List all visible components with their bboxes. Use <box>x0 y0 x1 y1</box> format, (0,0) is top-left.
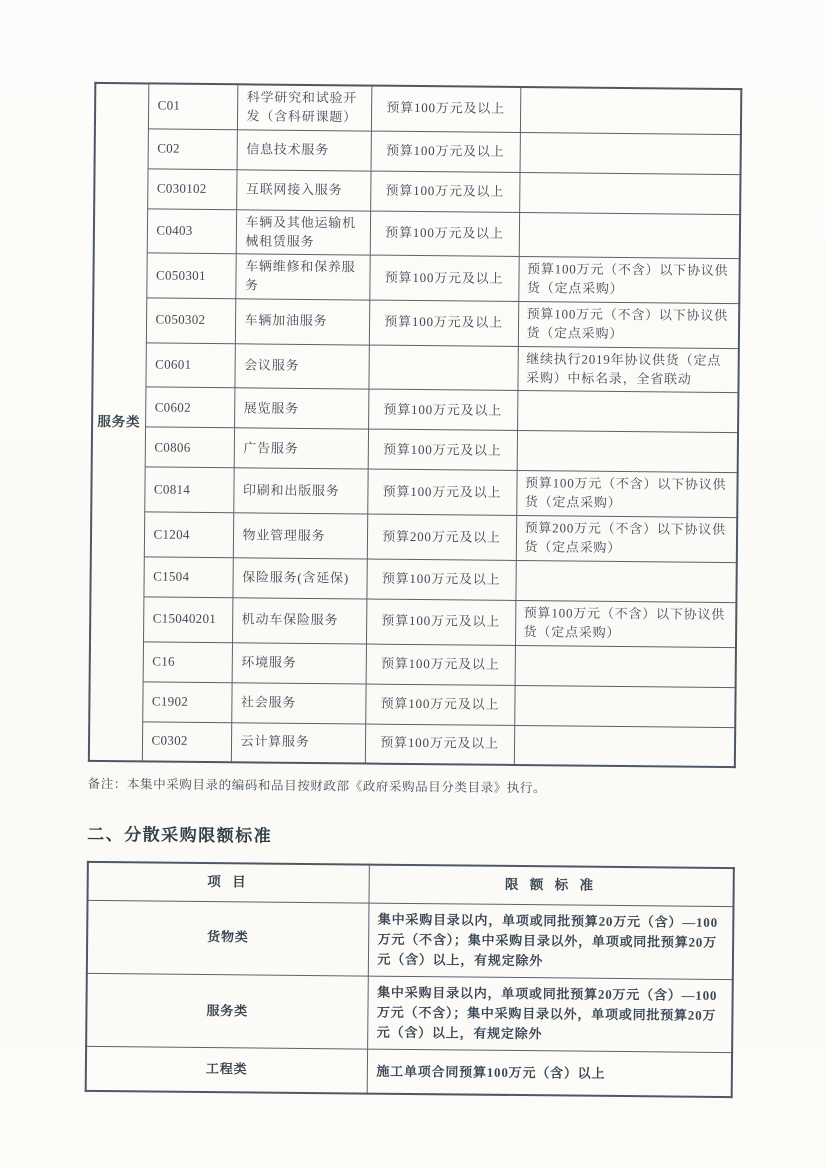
catalog-name-cell: 展览服务 <box>234 388 368 429</box>
limits-row-工程类: 工程类施工单项合同预算100万元（含）以上 <box>86 1047 732 1097</box>
catalog-name-cell: 机动车保险服务 <box>232 598 366 644</box>
catalog-threshold-cell <box>368 345 517 391</box>
catalog-threshold-cell: 预算100万元及以上 <box>371 86 520 133</box>
catalog-threshold-cell: 预算100万元及以上 <box>366 599 515 645</box>
limits-header-standard: 限 额 标 准 <box>369 865 734 907</box>
catalog-threshold-cell: 预算100万元及以上 <box>367 469 516 515</box>
catalog-name-cell: 科学研究和试验开发（含科研课题） <box>237 84 371 130</box>
catalog-name-cell: 车辆及其他运输机械租赁服务 <box>236 209 370 255</box>
catalog-code-cell: C02 <box>148 129 237 170</box>
catalog-threshold-cell: 预算100万元及以上 <box>366 644 515 685</box>
catalog-note-cell <box>514 725 735 767</box>
catalog-code-cell: C1902 <box>142 681 231 722</box>
catalog-note-cell: 继续执行2019年协议供货（定点采购）中标名录，全省联动 <box>517 346 738 393</box>
catalog-threshold-cell: 预算100万元及以上 <box>370 211 519 257</box>
catalog-row-C0814: C0814印刷和出版服务预算100万元及以上预算100万元（不含）以下协议供货（… <box>91 467 737 518</box>
decentralized-limits-table: 项 目 限 额 标 准 货物类集中采购目录以内，单项或同批预算20万元（含）—1… <box>85 861 735 1098</box>
catalog-note-cell <box>519 172 740 214</box>
catalog-remark: 备注：本集中采购目录的编码和品目按财政部《政府采购品目分类目录》执行。 <box>88 774 736 798</box>
limits-item-cell: 货物类 <box>87 900 369 976</box>
catalog-threshold-cell: 预算100万元及以上 <box>369 255 518 301</box>
catalog-note-cell <box>520 87 741 134</box>
catalog-code-cell: C0814 <box>144 467 233 513</box>
catalog-threshold-cell: 预算100万元及以上 <box>366 559 515 600</box>
catalog-row-C030102: C030102互联网接入服务预算100万元及以上 <box>94 168 740 214</box>
limits-row-货物类: 货物类集中采购目录以内，单项或同批预算20万元（含）—100万元（不含）；集中采… <box>87 900 734 980</box>
catalog-name-cell: 保险服务(含延保) <box>232 558 366 599</box>
catalog-row-C1204: C1204物业管理服务预算200万元及以上预算200万元（不含）以下协议供货（定… <box>91 512 737 563</box>
catalog-threshold-cell: 预算100万元及以上 <box>371 131 520 172</box>
catalog-table-body: 服务类C01科学研究和试验开发（含科研课题）预算100万元及以上C02信息技术服… <box>89 83 741 767</box>
scanned-page: 服务类C01科学研究和试验开发（含科研课题）预算100万元及以上C02信息技术服… <box>0 0 825 1168</box>
catalog-row-C15040201: C15040201机动车保险服务预算100万元及以上预算100万元（不含）以下协… <box>90 596 736 647</box>
category-cell-services: 服务类 <box>89 83 149 761</box>
catalog-note-cell: 预算200万元（不含）以下协议供货（定点采购） <box>516 516 737 563</box>
catalog-code-cell: C0403 <box>147 209 236 255</box>
catalog-row-C050302: C050302车辆加油服务预算100万元及以上预算100万元（不含）以下协议供货… <box>93 297 739 348</box>
limits-table-body: 货物类集中采购目录以内，单项或同批预算20万元（含）—100万元（不含）；集中采… <box>86 900 734 1097</box>
catalog-name-cell: 社会服务 <box>231 682 365 723</box>
catalog-note-cell: 预算100万元（不含）以下协议供货（定点采购） <box>518 257 739 304</box>
catalog-row-C02: C02信息技术服务预算100万元及以上 <box>95 128 741 174</box>
catalog-note-cell <box>520 132 741 174</box>
catalog-threshold-cell: 预算100万元及以上 <box>365 684 514 725</box>
catalog-threshold-cell: 预算100万元及以上 <box>368 389 517 430</box>
catalog-code-cell: C0601 <box>145 343 234 389</box>
catalog-name-cell: 印刷和出版服务 <box>233 468 367 514</box>
limits-row-服务类: 服务类集中采购目录以内，单项或同批预算20万元（含）—100万元（不含）；集中采… <box>86 973 733 1053</box>
limits-standard-cell: 集中采购目录以内，单项或同批预算20万元（含）—100万元（不含）；集中采购目录… <box>368 903 734 980</box>
catalog-code-cell: C1204 <box>144 512 233 558</box>
section-heading: 二、分散采购限额标准 <box>87 820 735 851</box>
catalog-name-cell: 互联网接入服务 <box>236 169 370 210</box>
limits-header-row: 项 目 限 额 标 准 <box>88 862 734 906</box>
catalog-threshold-cell: 预算200万元及以上 <box>367 514 516 560</box>
catalog-note-cell <box>515 645 736 687</box>
limits-item-cell: 工程类 <box>86 1047 367 1094</box>
page-content: 服务类C01科学研究和试验开发（含科研课题）预算100万元及以上C02信息技术服… <box>85 82 743 1098</box>
catalog-row-C0601: C0601会议服务继续执行2019年协议供货（定点采购）中标名录，全省联动 <box>92 342 738 393</box>
catalog-code-cell: C050302 <box>146 298 235 344</box>
catalog-note-cell <box>514 685 735 727</box>
catalog-name-cell: 物业管理服务 <box>233 513 367 559</box>
catalog-code-cell: C15040201 <box>143 597 232 643</box>
catalog-row-C1902: C1902社会服务预算100万元及以上 <box>89 681 735 727</box>
catalog-note-cell: 预算100万元（不含）以下协议供货（定点采购） <box>516 471 737 518</box>
catalog-code-cell: C0302 <box>142 721 231 762</box>
catalog-note-cell <box>517 391 738 433</box>
limits-table-head: 项 目 限 额 标 准 <box>88 862 734 906</box>
catalog-code-cell: C16 <box>143 641 232 682</box>
catalog-row-C0403: C0403车辆及其他运输机械租赁服务预算100万元及以上 <box>94 208 740 259</box>
catalog-name-cell: 广告服务 <box>234 428 368 469</box>
catalog-row-C01: 服务类C01科学研究和试验开发（含科研课题）预算100万元及以上 <box>95 83 741 134</box>
catalog-name-cell: 车辆加油服务 <box>235 299 369 345</box>
catalog-note-cell <box>517 431 738 473</box>
catalog-note-cell: 预算100万元（不含）以下协议供货（定点采购） <box>515 600 736 647</box>
centralized-procurement-catalog-table: 服务类C01科学研究和试验开发（含科研课题）预算100万元及以上C02信息技术服… <box>88 82 742 768</box>
catalog-threshold-cell: 预算100万元及以上 <box>369 300 518 346</box>
catalog-code-cell: C0806 <box>145 427 234 468</box>
catalog-name-cell: 车辆维修和保养服务 <box>235 254 369 300</box>
catalog-name-cell: 信息技术服务 <box>237 129 371 170</box>
catalog-note-cell <box>515 560 736 602</box>
catalog-code-cell: C030102 <box>147 169 236 210</box>
limits-standard-cell: 集中采购目录以内，单项或同批预算20万元（含）—100万元（不含）；集中采购目录… <box>367 976 733 1053</box>
catalog-note-cell <box>519 212 740 259</box>
catalog-name-cell: 云计算服务 <box>231 722 365 763</box>
limits-header-item: 项 目 <box>88 862 369 903</box>
catalog-code-cell: C1504 <box>143 557 232 598</box>
catalog-row-C16: C16环境服务预算100万元及以上 <box>90 641 736 687</box>
catalog-name-cell: 环境服务 <box>232 642 366 683</box>
limits-item-cell: 服务类 <box>86 973 368 1049</box>
catalog-note-cell: 预算100万元（不含）以下协议供货（定点采购） <box>518 302 739 349</box>
catalog-row-C050301: C050301车辆维修和保养服务预算100万元及以上预算100万元（不含）以下协… <box>93 253 739 304</box>
catalog-code-cell: C0602 <box>145 387 234 428</box>
catalog-row-C0302: C0302云计算服务预算100万元及以上 <box>89 721 735 767</box>
catalog-name-cell: 会议服务 <box>234 344 368 390</box>
catalog-threshold-cell: 预算100万元及以上 <box>368 429 517 470</box>
catalog-row-C1504: C1504保险服务(含延保)预算100万元及以上 <box>90 556 736 602</box>
catalog-row-C0602: C0602展览服务预算100万元及以上 <box>92 387 738 433</box>
catalog-code-cell: C050301 <box>146 253 235 299</box>
catalog-threshold-cell: 预算100万元及以上 <box>370 171 519 212</box>
limits-standard-cell: 施工单项合同预算100万元（含）以上 <box>367 1049 732 1097</box>
catalog-row-C0806: C0806广告服务预算100万元及以上 <box>92 427 738 473</box>
catalog-code-cell: C01 <box>148 83 237 129</box>
catalog-threshold-cell: 预算100万元及以上 <box>365 724 514 765</box>
